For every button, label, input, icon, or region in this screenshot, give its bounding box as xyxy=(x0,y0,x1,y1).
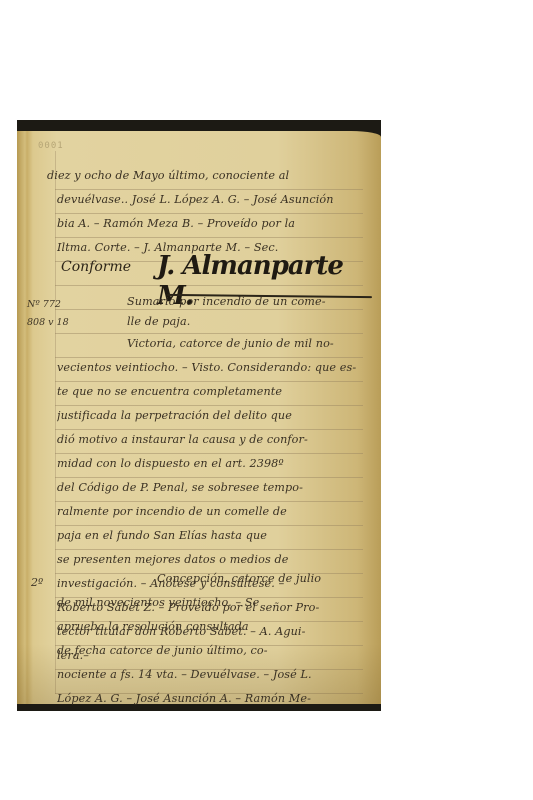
entry-title: Sumario por incendio de un come- xyxy=(127,295,363,317)
text-line: midad con lo dispuesto en el art. 2398º xyxy=(57,457,363,479)
text-line: dió motivo a instaurar la causa y de con… xyxy=(57,433,363,455)
text-line: investigación. – Anótese y consúltese. – xyxy=(57,577,363,599)
rule-line xyxy=(55,645,363,646)
text-line: lera.– xyxy=(57,649,363,671)
text-line: bia A. – Ramón Meza B. – Proveído por la xyxy=(57,217,363,239)
page-stamp: 0001 xyxy=(38,141,64,151)
text-line: te que no se encuentra completamente xyxy=(57,385,363,407)
text-line: ralmente por incendio de un comelle de xyxy=(57,505,363,527)
text-line: devuélvase.. José L. López A. G. – José … xyxy=(57,193,363,215)
text-line: Roberto Sabet Z. – Proveído por el señor… xyxy=(57,601,363,623)
margin-line xyxy=(55,151,56,694)
entry-folio: 808 v 18 xyxy=(27,317,69,328)
conforme-label: Conforme xyxy=(61,259,131,275)
rule-line xyxy=(55,693,363,694)
ledger-page: 0001 diez y ocho de Mayo último, conocie… xyxy=(17,131,381,704)
text-line: vecientos veintiocho. – Visto. Considera… xyxy=(57,361,363,383)
text-line: diez y ocho de Mayo último, conociente a… xyxy=(47,169,363,191)
text-line: justificada la perpetración del delito q… xyxy=(57,409,363,431)
text-line: se presenten mejores datos o medios de xyxy=(57,553,363,575)
text-line: paja en el fundo San Elías hasta que xyxy=(57,529,363,551)
text-line: Victoria, catorce de junio de mil no- xyxy=(127,337,363,359)
entry-title: lle de paja. xyxy=(127,315,363,337)
text-line: del Código de P. Penal, se sobresee temp… xyxy=(57,481,363,503)
text-line: tector titular don Roberto Sabet. – A. A… xyxy=(57,625,363,647)
ledger-photo: 0001 diez y ocho de Mayo último, conocie… xyxy=(17,120,381,711)
entry-number: Nº 772 xyxy=(27,299,61,310)
rule-line xyxy=(55,669,363,670)
